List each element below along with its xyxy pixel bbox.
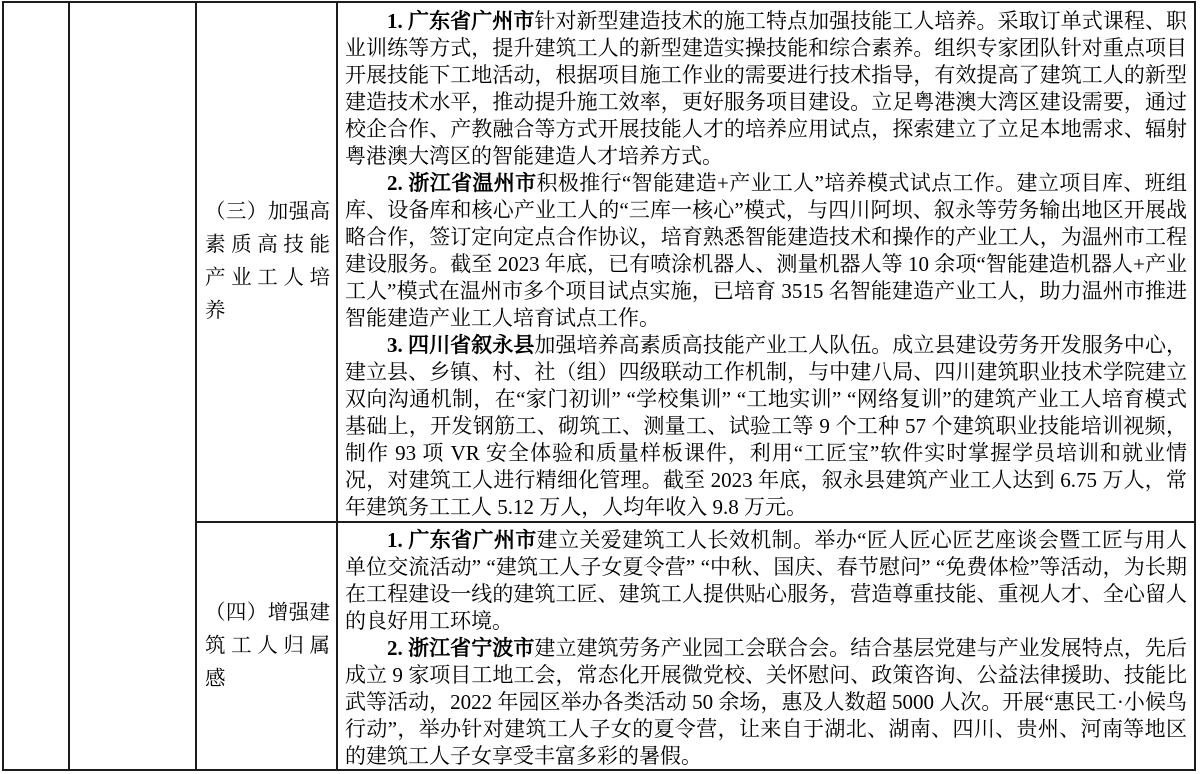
paragraph-lead: 3. 四川省叙永县 — [387, 333, 534, 357]
section-3-label: （三）加强高 素质高技能 产业工人培 养 — [205, 196, 330, 328]
paragraph-lead: 1. 广东省广州市 — [387, 9, 534, 33]
section-3-content-cell: 1. 广东省广州市针对新型建造技术的施工特点加强技能工人培养。采取订单式课程、职… — [338, 3, 1194, 523]
document-page: （三）加强高 素质高技能 产业工人培 养 1. 广东省广州市针对新型建造技术的施… — [0, 0, 1200, 774]
paragraph-ningbo-union: 2. 浙江省宁波市建立建筑劳务产业园工会联合会。结合基层党建与产业发展特点，先后… — [345, 635, 1187, 769]
merged-empty-cell-left-2 — [70, 3, 197, 769]
section-4-label: （四）增强建 筑工人归属 感 — [205, 597, 330, 696]
merged-empty-cell-left-1 — [4, 3, 70, 769]
measures-table: （三）加强高 素质高技能 产业工人培 养 1. 广东省广州市针对新型建造技术的施… — [2, 1, 1196, 771]
section-4-label-cell: （四）增强建 筑工人归属 感 — [197, 523, 338, 769]
paragraph-guangzhou-care: 1. 广东省广州市建立关爱建筑工人长效机制。举办“匠人匠心匠艺座谈会暨工匠与用人… — [345, 527, 1187, 635]
paragraph-guangzhou-training: 1. 广东省广州市针对新型建造技术的施工特点加强技能工人培养。采取订单式课程、职… — [345, 8, 1187, 170]
paragraph-lead: 2. 浙江省温州市 — [387, 171, 537, 195]
paragraph-wenzhou-training: 2. 浙江省温州市积极推行“智能建造+产业工人”培养模式试点工作。建立项目库、班… — [345, 170, 1187, 332]
section-4-content-cell: 1. 广东省广州市建立关爱建筑工人长效机制。举办“匠人匠心匠艺座谈会暨工匠与用人… — [338, 523, 1194, 769]
paragraph-xuyong-training: 3. 四川省叙永县加强培养高素质高技能产业工人队伍。成立县建设劳务开发服务中心，… — [345, 332, 1187, 521]
section-3-label-cell: （三）加强高 素质高技能 产业工人培 养 — [197, 3, 338, 523]
paragraph-lead: 1. 广东省广州市 — [387, 528, 537, 552]
paragraph-lead: 2. 浙江省宁波市 — [387, 636, 534, 660]
paragraph-text: 加强培养高素质高技能产业工人队伍。成立县建设劳务开发服务中心，建立县、乡镇、村、… — [345, 333, 1187, 519]
